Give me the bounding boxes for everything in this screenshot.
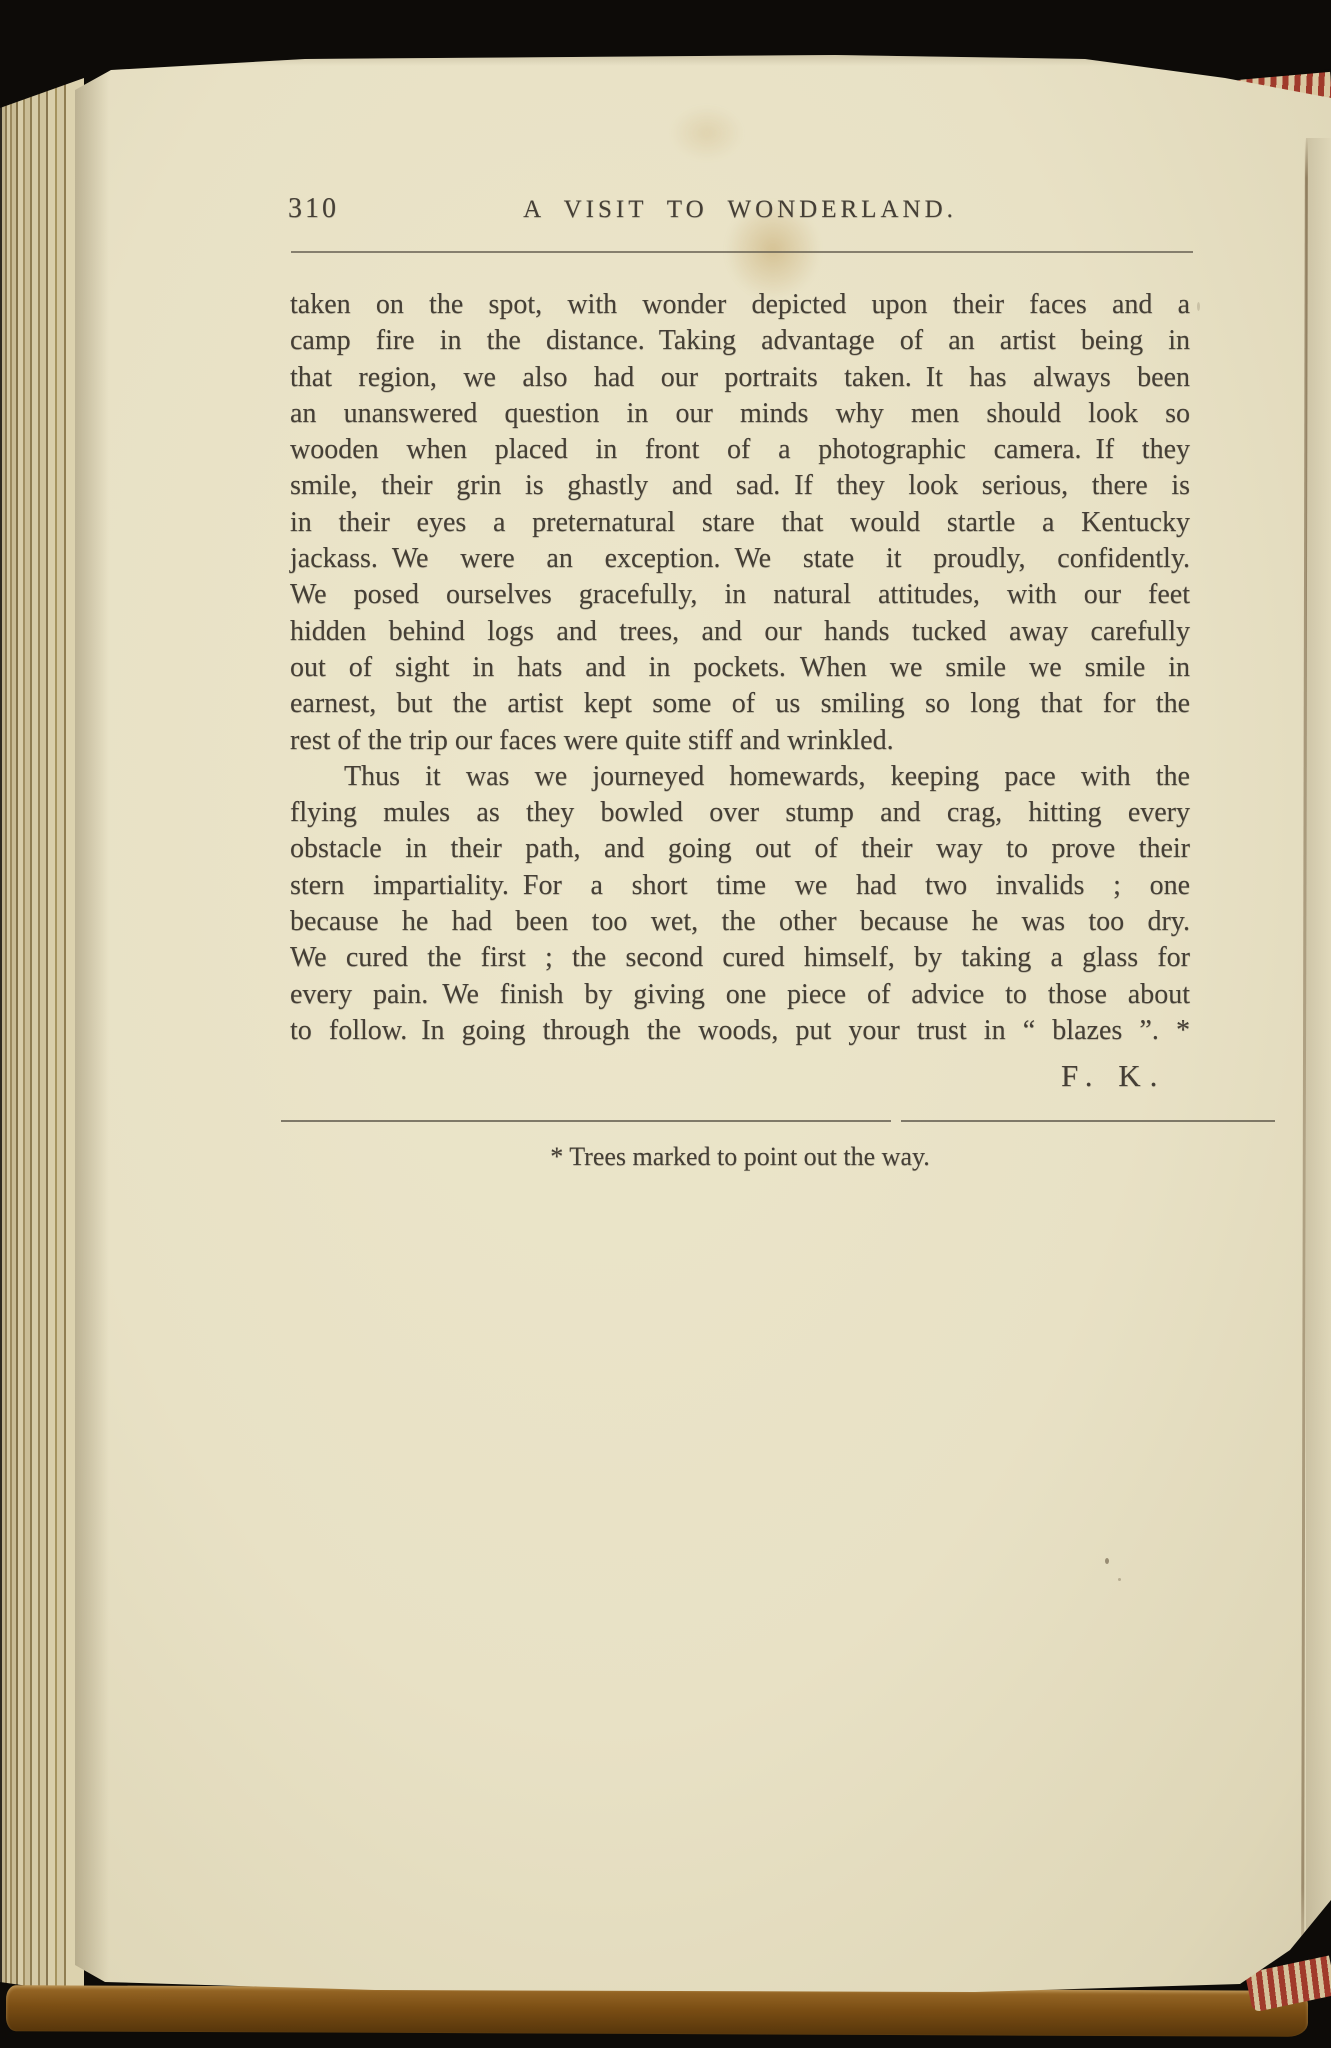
running-title: A VISIT TO WONDERLAND. bbox=[290, 196, 1190, 224]
text-line: We posed ourselves gracefully, in natura… bbox=[290, 577, 1190, 613]
text-line: every pain. We finish by giving one piec… bbox=[290, 977, 1190, 1013]
paragraph: Thus it was we journeyed homewards, keep… bbox=[290, 759, 1190, 1049]
gutter-shade bbox=[1306, 138, 1331, 1980]
text-line: jackass. We were an exception. We state … bbox=[290, 541, 1190, 577]
text-line: We cured the first ; the second cured hi… bbox=[290, 940, 1190, 976]
text-line: to follow. In going through the woods, p… bbox=[290, 1013, 1190, 1049]
page-edge-shade bbox=[75, 50, 109, 1995]
text-line: hidden behind logs and trees, and our ha… bbox=[290, 614, 1190, 650]
text-line: taken on the spot, with wonder depicted … bbox=[290, 287, 1190, 323]
header-rule bbox=[291, 251, 1193, 253]
paper-speck bbox=[1197, 302, 1200, 311]
text-line: an unanswered question in our minds why … bbox=[290, 396, 1190, 432]
paper-stain bbox=[670, 105, 744, 161]
paragraph: taken on the spot, with wonder depicted … bbox=[290, 287, 1190, 759]
text-line: that region, we also had our portraits t… bbox=[290, 360, 1190, 396]
book-page: 310 A VISIT TO WONDERLAND. taken on the … bbox=[75, 50, 1331, 1995]
text-line: wooden when placed in front of a photogr… bbox=[290, 432, 1190, 468]
page-top-shade bbox=[75, 50, 1331, 66]
text-line: camp fire in the distance. Taking advant… bbox=[290, 323, 1190, 359]
author-signature: F. K. bbox=[1061, 1058, 1166, 1094]
body-text: taken on the spot, with wonder depicted … bbox=[290, 287, 1190, 1049]
text-line: in their eyes a preternatural stare that… bbox=[290, 505, 1190, 541]
text-line: stern impartiality. For a short time we … bbox=[290, 868, 1190, 904]
text-line: rest of the trip our faces were quite st… bbox=[290, 723, 1190, 759]
page-edge-stack bbox=[0, 74, 84, 1998]
text-line: flying mules as they bowled over stump a… bbox=[290, 795, 1190, 831]
text-line: smile, their grin is ghastly and sad. If… bbox=[290, 468, 1190, 504]
footnote-rule bbox=[281, 1120, 1275, 1122]
text-line: because he had been too wet, the other b… bbox=[290, 904, 1190, 940]
text-line: earnest, but the artist kept some of us … bbox=[290, 686, 1190, 722]
text-line: obstacle in their path, and going out of… bbox=[290, 831, 1190, 867]
text-line: out of sight in hats and in pockets. Whe… bbox=[290, 650, 1190, 686]
text-line: Thus it was we journeyed homewards, keep… bbox=[290, 759, 1190, 795]
paper-speck bbox=[1118, 1578, 1121, 1581]
book-cover-edge bbox=[6, 1985, 1308, 2037]
footnote-text: * Trees marked to point out the way. bbox=[290, 1142, 1190, 1172]
paper-speck bbox=[1105, 1558, 1109, 1564]
scan-background: 310 A VISIT TO WONDERLAND. taken on the … bbox=[0, 0, 1331, 2048]
